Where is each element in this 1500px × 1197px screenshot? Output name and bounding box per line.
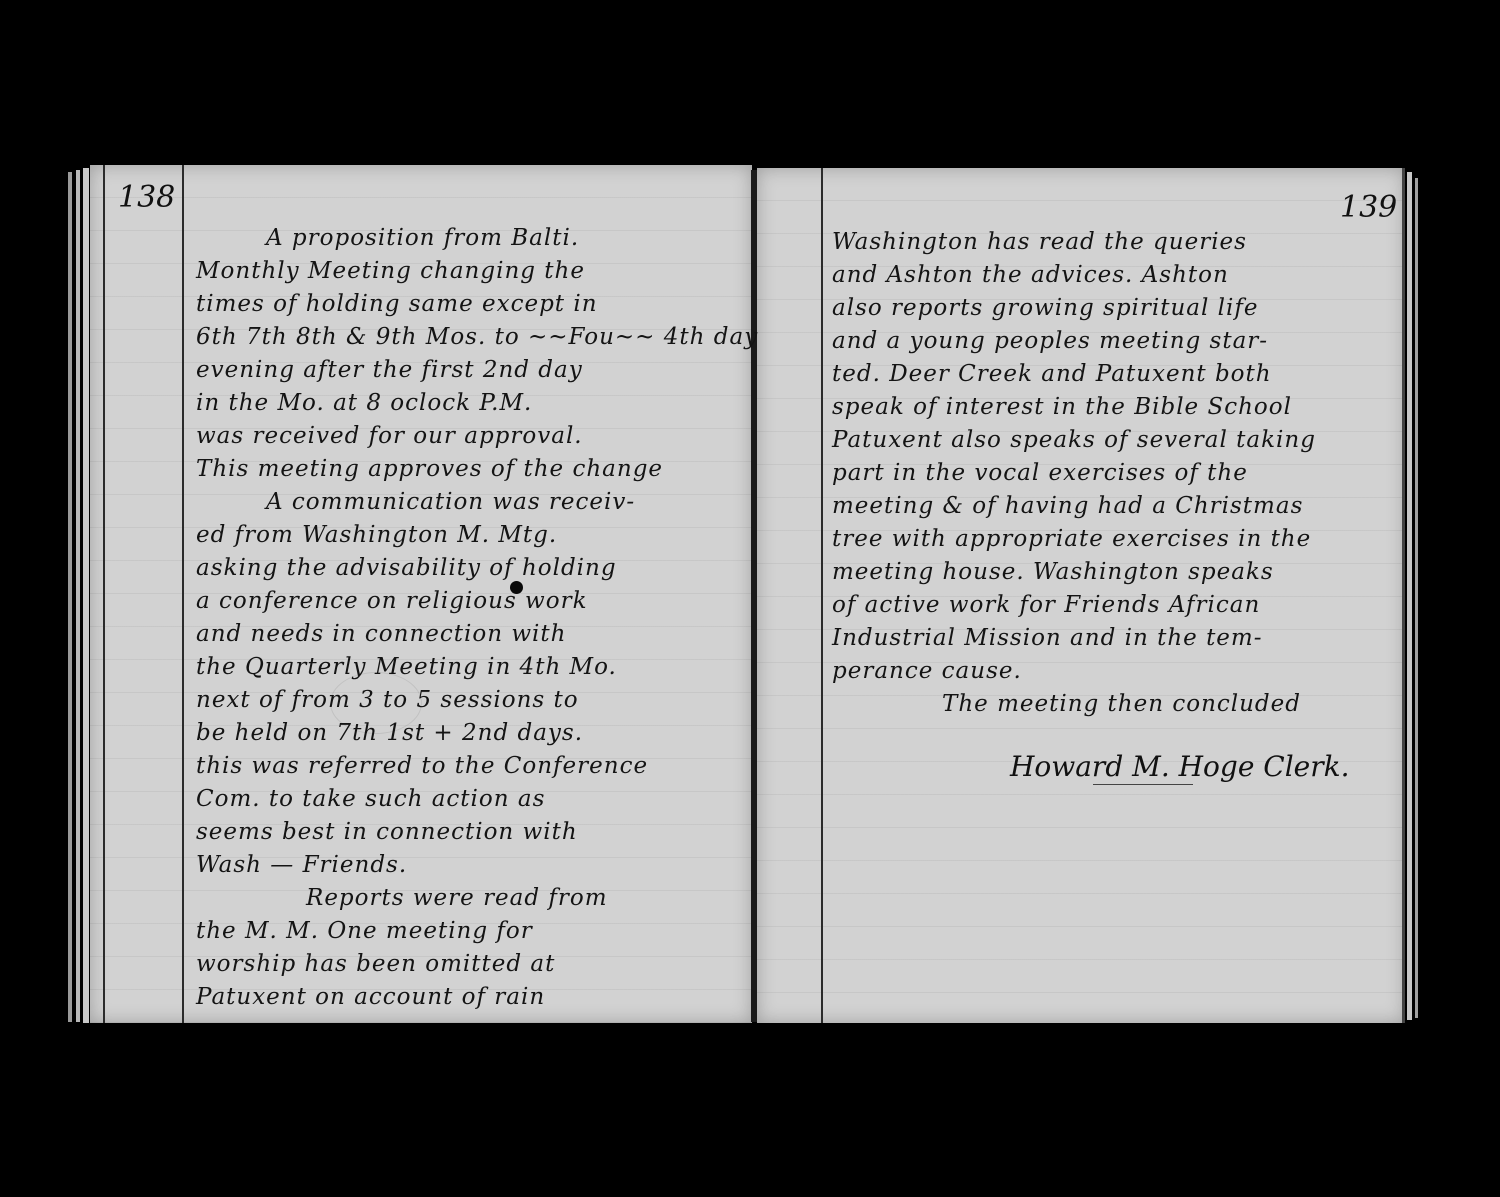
left-outer-margin-rule	[103, 165, 105, 1023]
text-line: next of from 3 to 5 sessions to	[196, 684, 741, 717]
text-line: worship has been omitted at	[196, 948, 741, 981]
clerk-signature: Howard M. Hoge Clerk.	[1010, 750, 1350, 783]
text-line: the Quarterly Meeting in 4th Mo.	[196, 651, 741, 684]
text-line: ted. Deer Creek and Patuxent both	[832, 358, 1392, 391]
text-line: and a young peoples meeting star-	[832, 325, 1392, 358]
page-number-right: 139	[1340, 190, 1397, 225]
text-line: Com. to take such action as	[196, 783, 741, 816]
text-line: times of holding same except in	[196, 288, 741, 321]
right-outer-rule	[1402, 168, 1405, 1023]
text-line: Patuxent on account of rain	[196, 981, 741, 1014]
text-line: seems best in connection with	[196, 816, 741, 849]
text-line: speak of interest in the Bible School	[832, 391, 1392, 424]
text-line: A proposition from Balti.	[196, 222, 741, 255]
text-line: in the Mo. at 8 oclock P.M.	[196, 387, 741, 420]
text-line: the M. M. One meeting for	[196, 915, 741, 948]
text-line: ed from Washington M. Mtg.	[196, 519, 741, 552]
right-page-text: Washington has read the queries and Asht…	[832, 226, 1392, 721]
book-spine	[751, 170, 757, 1022]
ledger-book-spread: 138 139 A proposition from Balti. Monthl…	[0, 0, 1500, 1197]
text-line: Industrial Mission and in the tem-	[832, 622, 1392, 655]
text-line: was received for our approval.	[196, 420, 741, 453]
left-page-edge	[83, 168, 89, 1023]
right-page-edge	[1415, 178, 1418, 1018]
text-line: and needs in connection with	[196, 618, 741, 651]
text-line: Washington has read the queries	[832, 226, 1392, 259]
text-line: meeting house. Washington speaks	[832, 556, 1392, 589]
text-line: tree with appropriate exercises in the	[832, 523, 1392, 556]
left-margin-rule	[182, 165, 184, 1023]
text-line: Wash — Friends.	[196, 849, 741, 882]
right-page-edge	[1407, 172, 1412, 1020]
left-page-edge	[68, 172, 72, 1022]
text-line: Reports were read from	[196, 882, 741, 915]
right-margin-rule	[821, 168, 823, 1023]
page-number-left: 138	[118, 180, 175, 215]
text-line: perance cause.	[832, 655, 1392, 688]
text-line: this was referred to the Conference	[196, 750, 741, 783]
text-line: and Ashton the advices. Ashton	[832, 259, 1392, 292]
text-line: evening after the first 2nd day	[196, 354, 741, 387]
text-line: asking the advisability of holding	[196, 552, 741, 585]
text-line: be held on 7th 1st + 2nd days.	[196, 717, 741, 750]
text-line: meeting & of having had a Christmas	[832, 490, 1392, 523]
left-page-text: A proposition from Balti. Monthly Meetin…	[196, 222, 741, 1014]
text-line: This meeting approves of the change	[196, 453, 741, 486]
text-line: of active work for Friends African	[832, 589, 1392, 622]
text-line: also reports growing spiritual life	[832, 292, 1392, 325]
text-line: The meeting then concluded	[832, 688, 1392, 721]
text-line: Monthly Meeting changing the	[196, 255, 741, 288]
left-page-edge	[76, 170, 80, 1022]
text-line: 6th 7th 8th & 9th Mos. to ~~Fou~~ 4th da…	[196, 321, 741, 354]
text-line: Patuxent also speaks of several taking	[832, 424, 1392, 457]
text-line: a conference on religious work	[196, 585, 741, 618]
signature-underline	[1093, 784, 1193, 785]
text-line: part in the vocal exercises of the	[832, 457, 1392, 490]
text-line: A communication was receiv-	[196, 486, 741, 519]
